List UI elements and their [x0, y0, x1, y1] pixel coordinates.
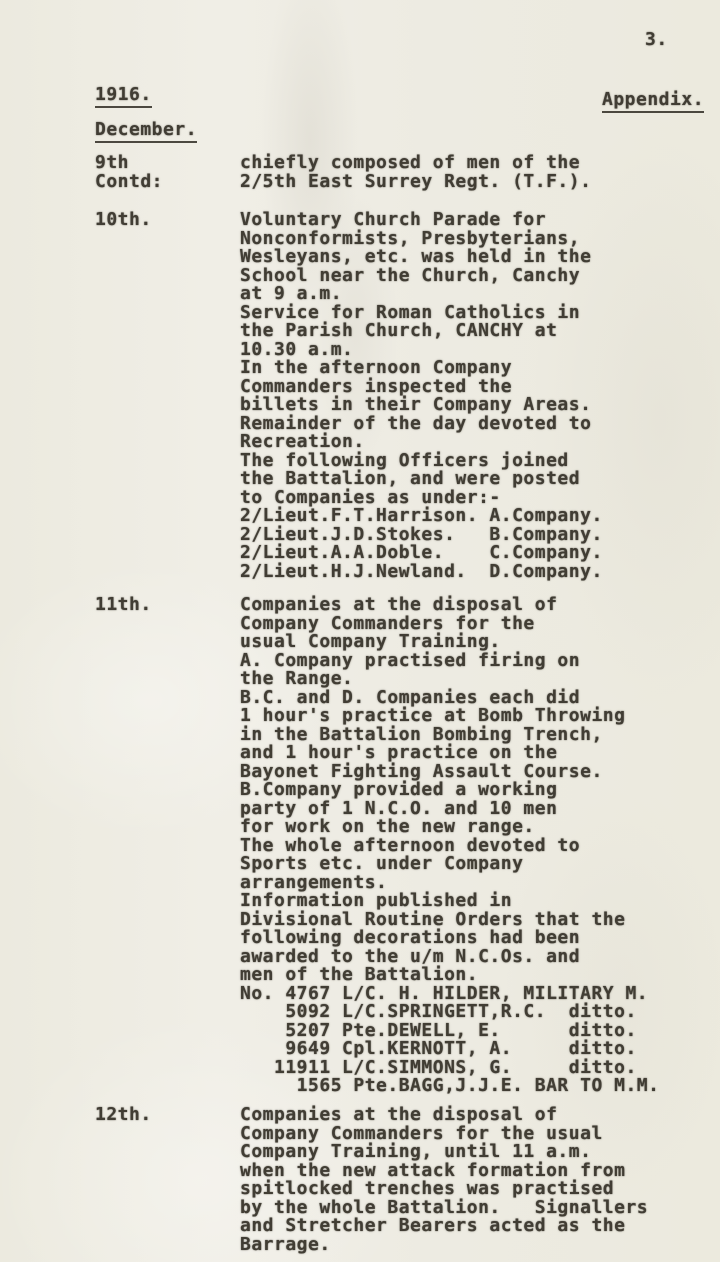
- entry-body-10th: Voluntary Church Parade for Nonconformis…: [240, 211, 603, 581]
- war-diary-page: 3. 1916. Appendix. December. 9th Contd: …: [0, 0, 720, 1262]
- appendix-heading: Appendix.: [602, 91, 704, 113]
- entry-date-9th: 9th Contd:: [95, 154, 163, 191]
- month-heading-text: December.: [95, 121, 197, 143]
- appendix-heading-text: Appendix.: [602, 91, 704, 113]
- year-heading-text: 1916.: [95, 86, 152, 108]
- page-number: 3.: [645, 31, 668, 50]
- entry-body-9th: chiefly composed of men of the 2/5th Eas…: [240, 154, 591, 191]
- entry-body-11th: Companies at the disposal of Company Com…: [240, 596, 659, 1096]
- entry-date-11th: 11th.: [95, 596, 152, 615]
- entry-date-10th: 10th.: [95, 211, 152, 230]
- entry-body-12th: Companies at the disposal of Company Com…: [240, 1106, 648, 1254]
- month-heading: December.: [95, 121, 197, 143]
- entry-date-12th: 12th.: [95, 1106, 152, 1125]
- year-heading: 1916.: [95, 86, 152, 108]
